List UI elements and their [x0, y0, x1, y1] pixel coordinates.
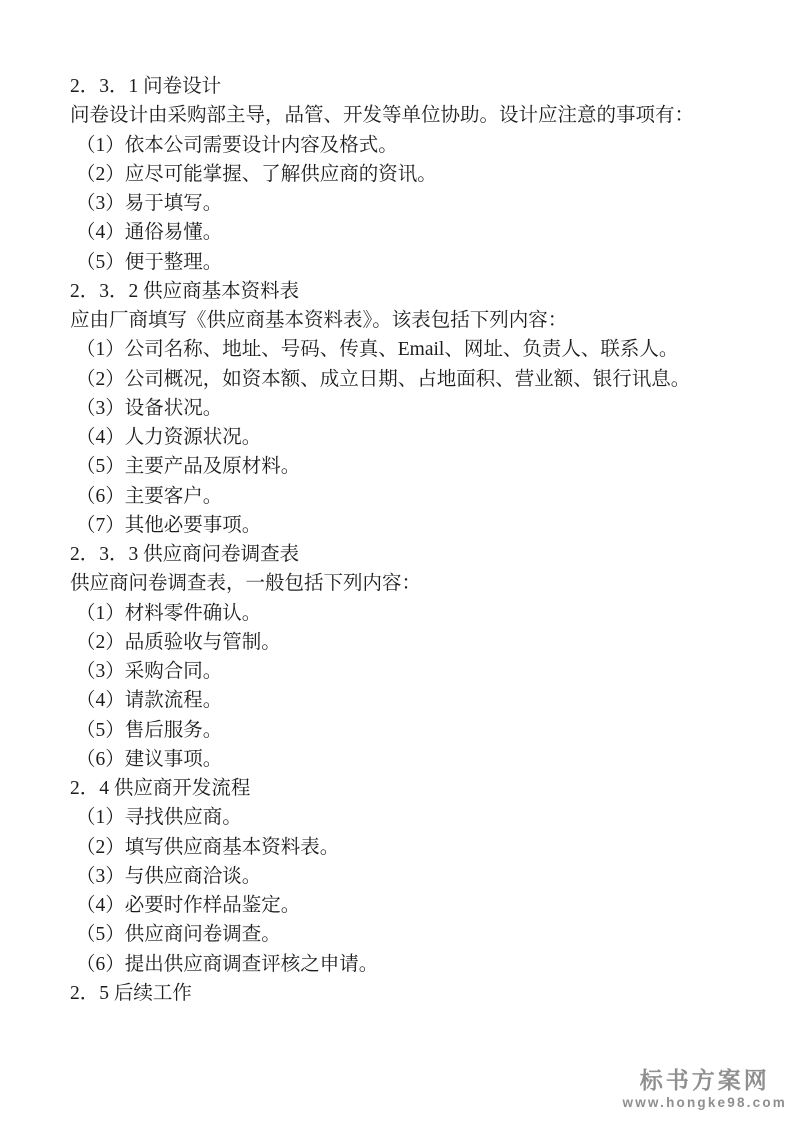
- list-item: （1）公司名称、地址、号码、传真、Email、网址、负责人、联系人。: [70, 335, 746, 364]
- watermark-site-url: www.hongke98.com: [623, 1096, 787, 1110]
- list-item: （6）建议事项。: [70, 745, 746, 774]
- list-item: （6）提出供应商调查评核之申请。: [70, 950, 746, 979]
- paragraph: 应由厂商填写《供应商基本资料表》。该表包括下列内容：: [70, 306, 746, 335]
- list-item: （5）主要产品及原材料。: [70, 452, 746, 481]
- list-item: （7）其他必要事项。: [70, 511, 746, 540]
- paragraph: 问卷设计由采购部主导，品管、开发等单位协助。设计应注意的事项有：: [70, 101, 746, 130]
- list-item: （2）填写供应商基本资料表。: [70, 833, 746, 862]
- list-item: （4）通俗易懂。: [70, 218, 746, 247]
- section-heading: 2．4 供应商开发流程: [70, 774, 746, 803]
- section-heading: 2．5 后续工作: [70, 979, 746, 1008]
- list-item: （5）便于整理。: [70, 248, 746, 277]
- list-item: （3）与供应商洽谈。: [70, 862, 746, 891]
- section-heading: 2．3．3 供应商问卷调查表: [70, 540, 746, 569]
- list-item: （6）主要客户。: [70, 482, 746, 511]
- list-item: （2）品质验收与管制。: [70, 628, 746, 657]
- list-item: （3）设备状况。: [70, 394, 746, 423]
- list-item: （3）易于填写。: [70, 189, 746, 218]
- watermark: 标书方案网 www.hongke98.com: [623, 1069, 787, 1110]
- list-item: （1）材料零件确认。: [70, 599, 746, 628]
- list-item: （5）供应商问卷调查。: [70, 920, 746, 949]
- list-item: （1）寻找供应商。: [70, 803, 746, 832]
- paragraph: 供应商问卷调查表，一般包括下列内容：: [70, 569, 746, 598]
- list-item: （5）售后服务。: [70, 716, 746, 745]
- section-heading: 2．3．1 问卷设计: [70, 72, 746, 101]
- list-item: （2）应尽可能掌握、了解供应商的资讯。: [70, 160, 746, 189]
- section-heading: 2．3．2 供应商基本资料表: [70, 277, 746, 306]
- list-item: （1）依本公司需要设计内容及格式。: [70, 131, 746, 160]
- watermark-site-name: 标书方案网: [623, 1069, 787, 1092]
- list-item: （3）采购合同。: [70, 657, 746, 686]
- list-item: （4）必要时作样品鉴定。: [70, 891, 746, 920]
- document-body: 2．3．1 问卷设计问卷设计由采购部主导，品管、开发等单位协助。设计应注意的事项…: [70, 72, 746, 1008]
- list-item: （2）公司概况，如资本额、成立日期、占地面积、营业额、银行讯息。: [70, 365, 746, 394]
- list-item: （4）人力资源状况。: [70, 423, 746, 452]
- list-item: （4）请款流程。: [70, 686, 746, 715]
